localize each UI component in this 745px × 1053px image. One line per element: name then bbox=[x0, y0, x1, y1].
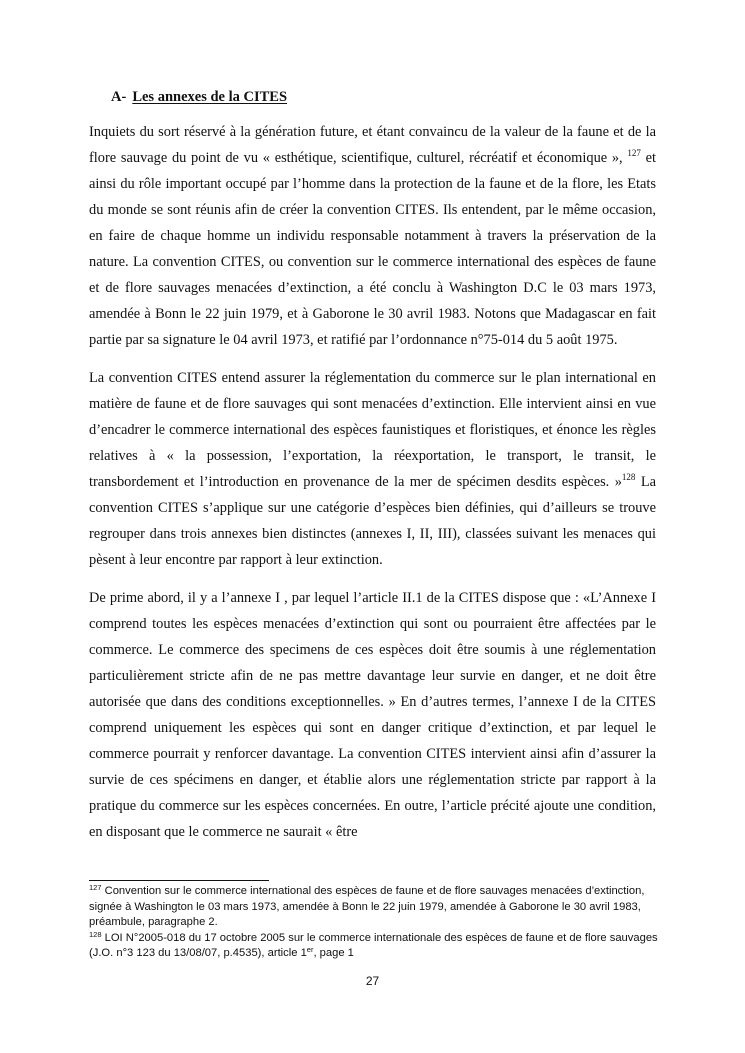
page-number: 27 bbox=[0, 974, 745, 988]
footnote-text: , page 1 bbox=[313, 947, 353, 959]
footnote-number: 128 bbox=[89, 930, 102, 939]
paragraph-text: et ainsi du rôle important occupé par l’… bbox=[89, 150, 656, 348]
footnote-127: 127 Convention sur le commerce internati… bbox=[89, 884, 669, 931]
section-title: Les annexes de la CITES bbox=[132, 89, 287, 105]
section-number: A- bbox=[111, 89, 126, 105]
footnote-128: 128 LOI N°2005-018 du 17 octobre 2005 su… bbox=[89, 931, 669, 962]
document-page: A-Les annexes de la CITES Inquiets du so… bbox=[0, 0, 745, 1053]
paragraph-3: De prime abord, il y a l’annexe I , par … bbox=[89, 585, 656, 845]
footnote-ref-128[interactable]: 128 bbox=[622, 472, 636, 482]
footnote-text: Convention sur le commerce international… bbox=[89, 885, 644, 928]
paragraph-2: La convention CITES entend assurer la ré… bbox=[89, 365, 656, 573]
footnote-text: LOI N°2005-018 du 17 octobre 2005 sur le… bbox=[89, 932, 658, 960]
paragraph-text: La convention CITES entend assurer la ré… bbox=[89, 370, 656, 490]
footnotes: 127 Convention sur le commerce internati… bbox=[89, 884, 669, 962]
footnote-number: 127 bbox=[89, 883, 102, 892]
paragraph-1: Inquiets du sort réservé à la génération… bbox=[89, 119, 656, 353]
paragraph-text: Inquiets du sort réservé à la génération… bbox=[89, 124, 656, 166]
footnote-separator bbox=[89, 880, 269, 881]
footnote-ref-127[interactable]: 127 bbox=[627, 148, 641, 158]
section-heading: A-Les annexes de la CITES bbox=[111, 87, 656, 107]
page-body: A-Les annexes de la CITES Inquiets du so… bbox=[89, 87, 656, 857]
